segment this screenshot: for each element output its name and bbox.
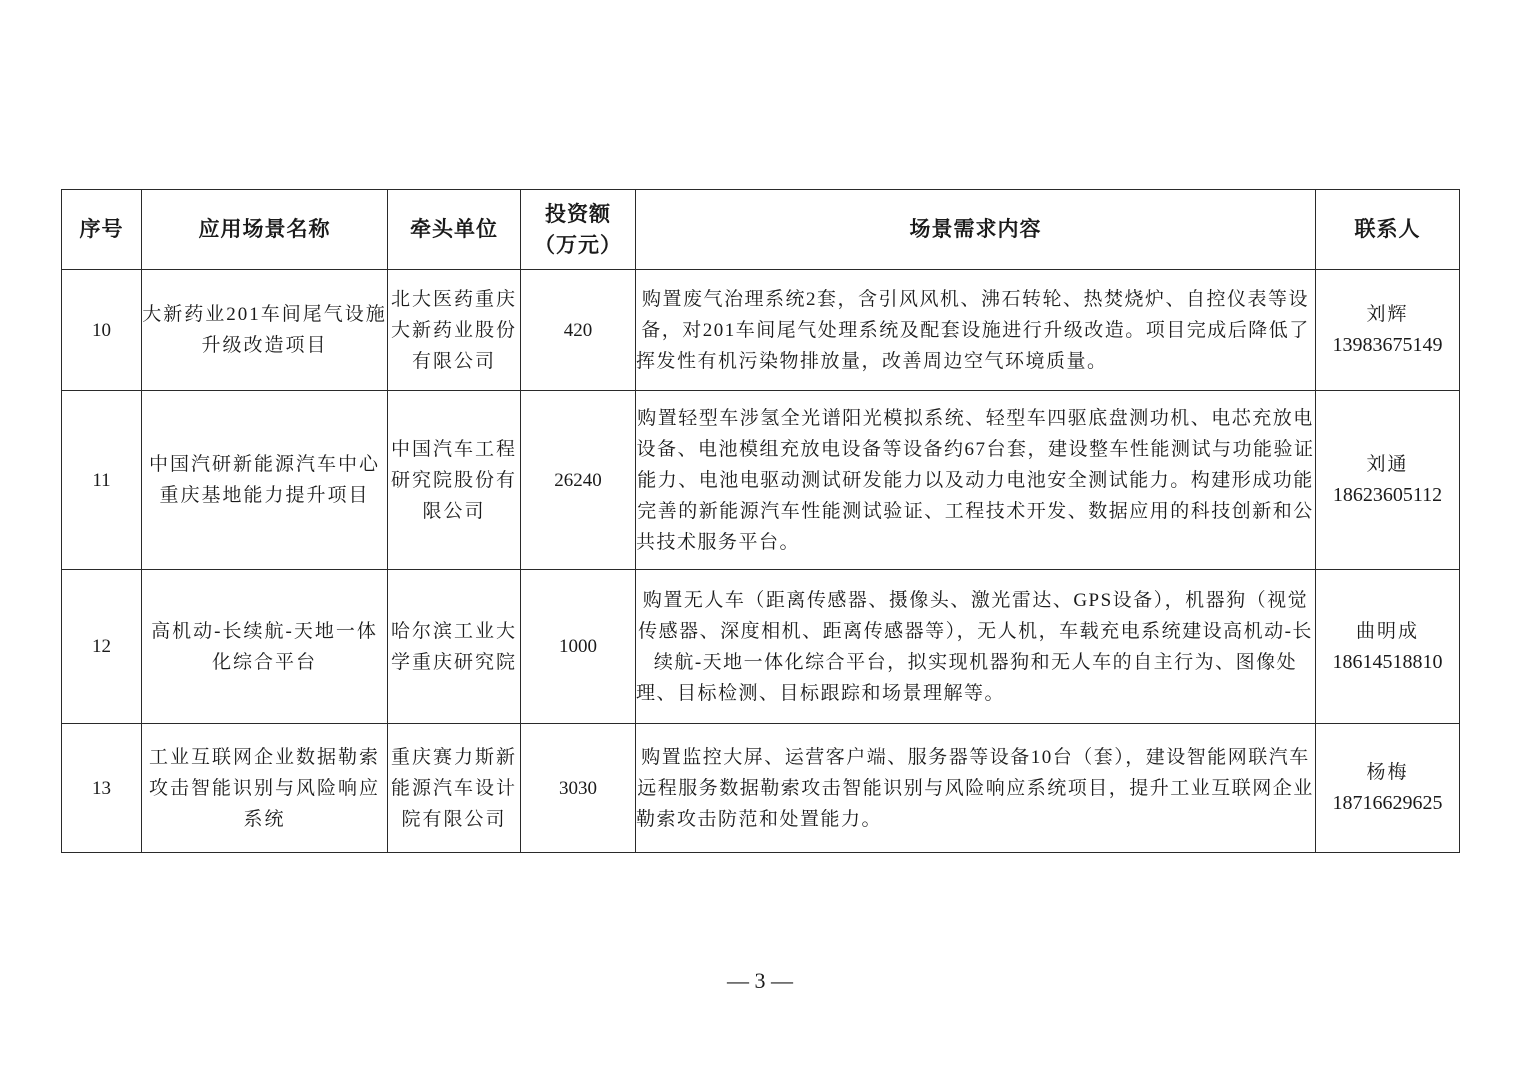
cell-seq: 13	[62, 724, 142, 853]
cell-seq: 10	[62, 270, 142, 391]
cell-investment: 420	[521, 270, 636, 391]
cell-seq: 12	[62, 570, 142, 724]
header-contact: 联系人	[1316, 190, 1460, 270]
cell-contact: 杨梅 18716629625	[1316, 724, 1460, 853]
contact-name: 刘通	[1316, 449, 1459, 480]
cell-contact: 刘辉 13983675149	[1316, 270, 1460, 391]
cell-lead-unit: 中国汽车工程研究院股份有限公司	[388, 391, 521, 570]
table-row: 12 高机动-长续航-天地一体化综合平台 哈尔滨工业大学重庆研究院 1000 购…	[62, 570, 1460, 724]
cell-investment: 26240	[521, 391, 636, 570]
header-lead-unit: 牵头单位	[388, 190, 521, 270]
cell-lead-unit: 重庆赛力斯新能源汽车设计院有限公司	[388, 724, 521, 853]
contact-name: 曲明成	[1316, 616, 1459, 647]
header-seq: 序号	[62, 190, 142, 270]
cell-investment: 3030	[521, 724, 636, 853]
cell-scenario-name: 中国汽研新能源汽车中心重庆基地能力提升项目	[142, 391, 388, 570]
cell-description: 购置废气治理系统2套，含引风风机、沸石转轮、热焚烧炉、自控仪表等设备，对201车…	[636, 270, 1316, 391]
cell-scenario-name: 工业互联网企业数据勒索攻击智能识别与风险响应系统	[142, 724, 388, 853]
contact-phone: 18623605112	[1316, 480, 1459, 511]
cell-investment: 1000	[521, 570, 636, 724]
table-row: 13 工业互联网企业数据勒索攻击智能识别与风险响应系统 重庆赛力斯新能源汽车设计…	[62, 724, 1460, 853]
contact-name: 刘辉	[1316, 299, 1459, 330]
header-description: 场景需求内容	[636, 190, 1316, 270]
contact-phone: 13983675149	[1316, 330, 1459, 361]
contact-name: 杨梅	[1316, 757, 1459, 788]
contact-phone: 18716629625	[1316, 788, 1459, 819]
table-header-row: 序号 应用场景名称 牵头单位 投资额 （万元） 场景需求内容 联系人	[62, 190, 1460, 270]
table-row: 11 中国汽研新能源汽车中心重庆基地能力提升项目 中国汽车工程研究院股份有限公司…	[62, 391, 1460, 570]
cell-lead-unit: 哈尔滨工业大学重庆研究院	[388, 570, 521, 724]
header-investment-line1: 投资额	[521, 199, 635, 230]
cell-seq: 11	[62, 391, 142, 570]
table-row: 10 大新药业201车间尾气设施升级改造项目 北大医药重庆大新药业股份有限公司 …	[62, 270, 1460, 391]
cell-description: 购置无人车（距离传感器、摄像头、激光雷达、GPS设备），机器狗（视觉传感器、深度…	[636, 570, 1316, 724]
cell-contact: 刘通 18623605112	[1316, 391, 1460, 570]
cell-scenario-name: 大新药业201车间尾气设施升级改造项目	[142, 270, 388, 391]
contact-phone: 18614518810	[1316, 647, 1459, 678]
page-number: — 3 —	[0, 968, 1520, 994]
document-page: 序号 应用场景名称 牵头单位 投资额 （万元） 场景需求内容 联系人 10 大新…	[0, 0, 1520, 1075]
cell-contact: 曲明成 18614518810	[1316, 570, 1460, 724]
header-scenario-name: 应用场景名称	[142, 190, 388, 270]
header-investment: 投资额 （万元）	[521, 190, 636, 270]
cell-lead-unit: 北大医药重庆大新药业股份有限公司	[388, 270, 521, 391]
scenario-table: 序号 应用场景名称 牵头单位 投资额 （万元） 场景需求内容 联系人 10 大新…	[61, 189, 1460, 853]
cell-scenario-name: 高机动-长续航-天地一体化综合平台	[142, 570, 388, 724]
cell-description: 购置监控大屏、运营客户端、服务器等设备10台（套），建设智能网联汽车远程服务数据…	[636, 724, 1316, 853]
cell-description: 购置轻型车涉氢全光谱阳光模拟系统、轻型车四驱底盘测功机、电芯充放电设备、电池模组…	[636, 391, 1316, 570]
header-investment-line2: （万元）	[521, 230, 635, 261]
